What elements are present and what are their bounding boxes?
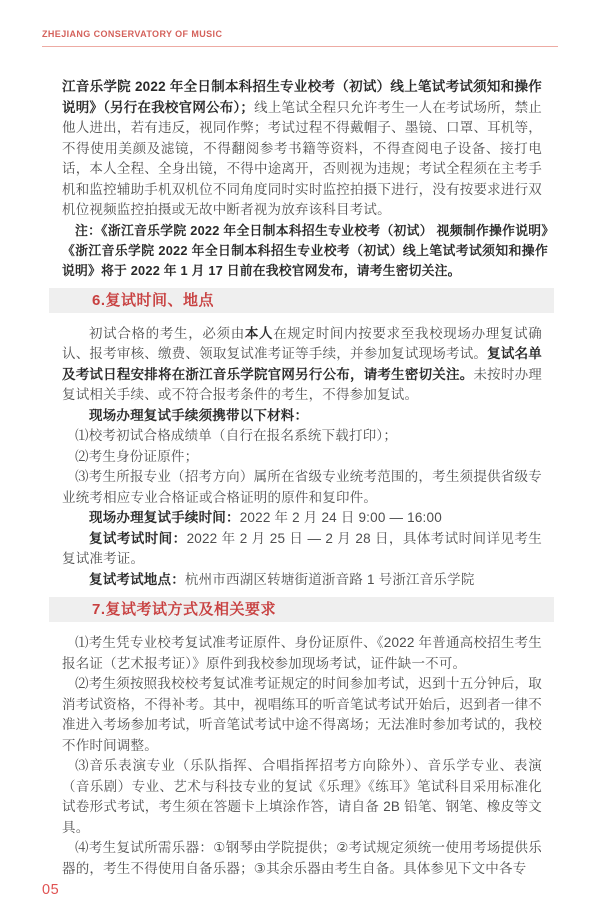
note-paragraph: 注：《浙江音乐学院 2022 年全日制本科招生专业校考（初试） 视频制作操作说明… <box>62 221 548 281</box>
section-heading-text: 6.复试时间、地点 <box>92 292 214 309</box>
text-segment: ⑶考生所报专业（招考方向）属所在省级专业统考范围的，考生须提供省级专业统考相应专… <box>62 469 542 505</box>
onsite-procedure-time-line: 现场办理复试手续时间：2022 年 2 月 24 日 9:00 — 16:00 <box>62 508 542 529</box>
text-segment: 初试合格的考生，必须由 <box>89 326 245 341</box>
text-segment: 杭州市西湖区转塘街道浙音路 1 号浙江音乐学院 <box>185 572 475 587</box>
text-segment: ⑵考生须按照我校校考复试准考证规定的时间参加考试，迟到十五分钟后，取消考试资格，… <box>62 676 542 753</box>
bold-text-segment: 本人 <box>245 326 273 341</box>
bold-text-segment: 复试考试时间： <box>89 531 187 546</box>
retest-exam-time-line: 复试考试时间：2022 年 2 月 25 日 — 2 月 28 日，具体考试时间… <box>62 529 542 570</box>
document-page: ZHEJIANG CONSERVATORY OF MUSIC 江音乐学院 202… <box>0 0 600 923</box>
requirement-item-2: ⑵考生须按照我校校考复试准考证规定的时间参加考试，迟到十五分钟后，取消考试资格，… <box>62 674 542 756</box>
materials-item-3: ⑶考生所报专业（招考方向）属所在省级专业统考范围的，考生须提供省级专业统考相应专… <box>62 467 542 508</box>
intro-continuation-paragraph: 江音乐学院 2022 年全日制本科招生专业校考（初试）线上笔试考试须知和操作说明… <box>62 77 542 221</box>
bold-text-segment: 注：《浙江音乐学院 2022 年全日制本科招生专业校考（初试） 视频制作操作说明… <box>62 223 548 278</box>
text-segment: ⑴考生凭专业校考复试准考证原件、身份证原件、《2022 年普通高校招生考生报名证… <box>62 635 542 671</box>
text-segment: 线上笔试全程只允许考生一人在考试场所，禁止他人进出，若有违反，视同作弊；考试过程… <box>62 100 542 218</box>
section-heading-text: 7.复试考试方式及相关要求 <box>92 601 276 618</box>
requirement-item-3: ⑶音乐表演专业（乐队指挥、合唱指挥招考方向除外）、音乐学专业、表演（音乐剧）专业… <box>62 756 542 838</box>
text-segment: ⑵考生身份证原件； <box>75 449 198 464</box>
text-segment: ⑴校考初试合格成绩单（自行在报名系统下载打印）； <box>75 428 397 443</box>
retest-exam-location-line: 复试考试地点：杭州市西湖区转塘街道浙音路 1 号浙江音乐学院 <box>62 570 542 591</box>
section-7-heading: 7.复试考试方式及相关要求 <box>49 597 554 622</box>
materials-intro-line: 现场办理复试手续须携带以下材料： <box>62 406 542 427</box>
requirement-item-4: ⑷考生复试所需乐器：①钢琴由学院提供；②考试规定须统一使用考场提供乐器的，考生不… <box>62 838 542 879</box>
bold-text-segment: 现场办理复试手续时间： <box>89 510 240 525</box>
page-header: ZHEJIANG CONSERVATORY OF MUSIC <box>0 0 600 47</box>
text-segment: ⑶音乐表演专业（乐队指挥、合唱指挥招考方向除外）、音乐学专业、表演（音乐剧）专业… <box>62 758 542 835</box>
bold-text-segment: 复试考试地点： <box>89 572 185 587</box>
retest-confirmation-paragraph: 初试合格的考生，必须由本人在规定时间内按要求至我校现场办理复试确认、报考审核、缴… <box>62 324 542 406</box>
document-body: 江音乐学院 2022 年全日制本科招生专业校考（初试）线上笔试考试须知和操作说明… <box>0 47 600 879</box>
page-number: 05 <box>42 882 59 898</box>
text-segment: ⑷考生复试所需乐器：①钢琴由学院提供；②考试规定须统一使用考场提供乐器的，考生不… <box>62 840 542 876</box>
bold-text-segment: 现场办理复试手续须携带以下材料： <box>89 408 308 423</box>
section-6-heading: 6.复试时间、地点 <box>49 288 554 313</box>
materials-item-1: ⑴校考初试合格成绩单（自行在报名系统下载打印）； <box>62 426 542 447</box>
materials-item-2: ⑵考生身份证原件； <box>62 447 542 468</box>
brand-text: ZHEJIANG CONSERVATORY OF MUSIC <box>42 29 558 39</box>
requirement-item-1: ⑴考生凭专业校考复试准考证原件、身份证原件、《2022 年普通高校招生考生报名证… <box>62 633 542 674</box>
text-segment: 2022 年 2 月 24 日 9:00 — 16:00 <box>240 510 442 525</box>
